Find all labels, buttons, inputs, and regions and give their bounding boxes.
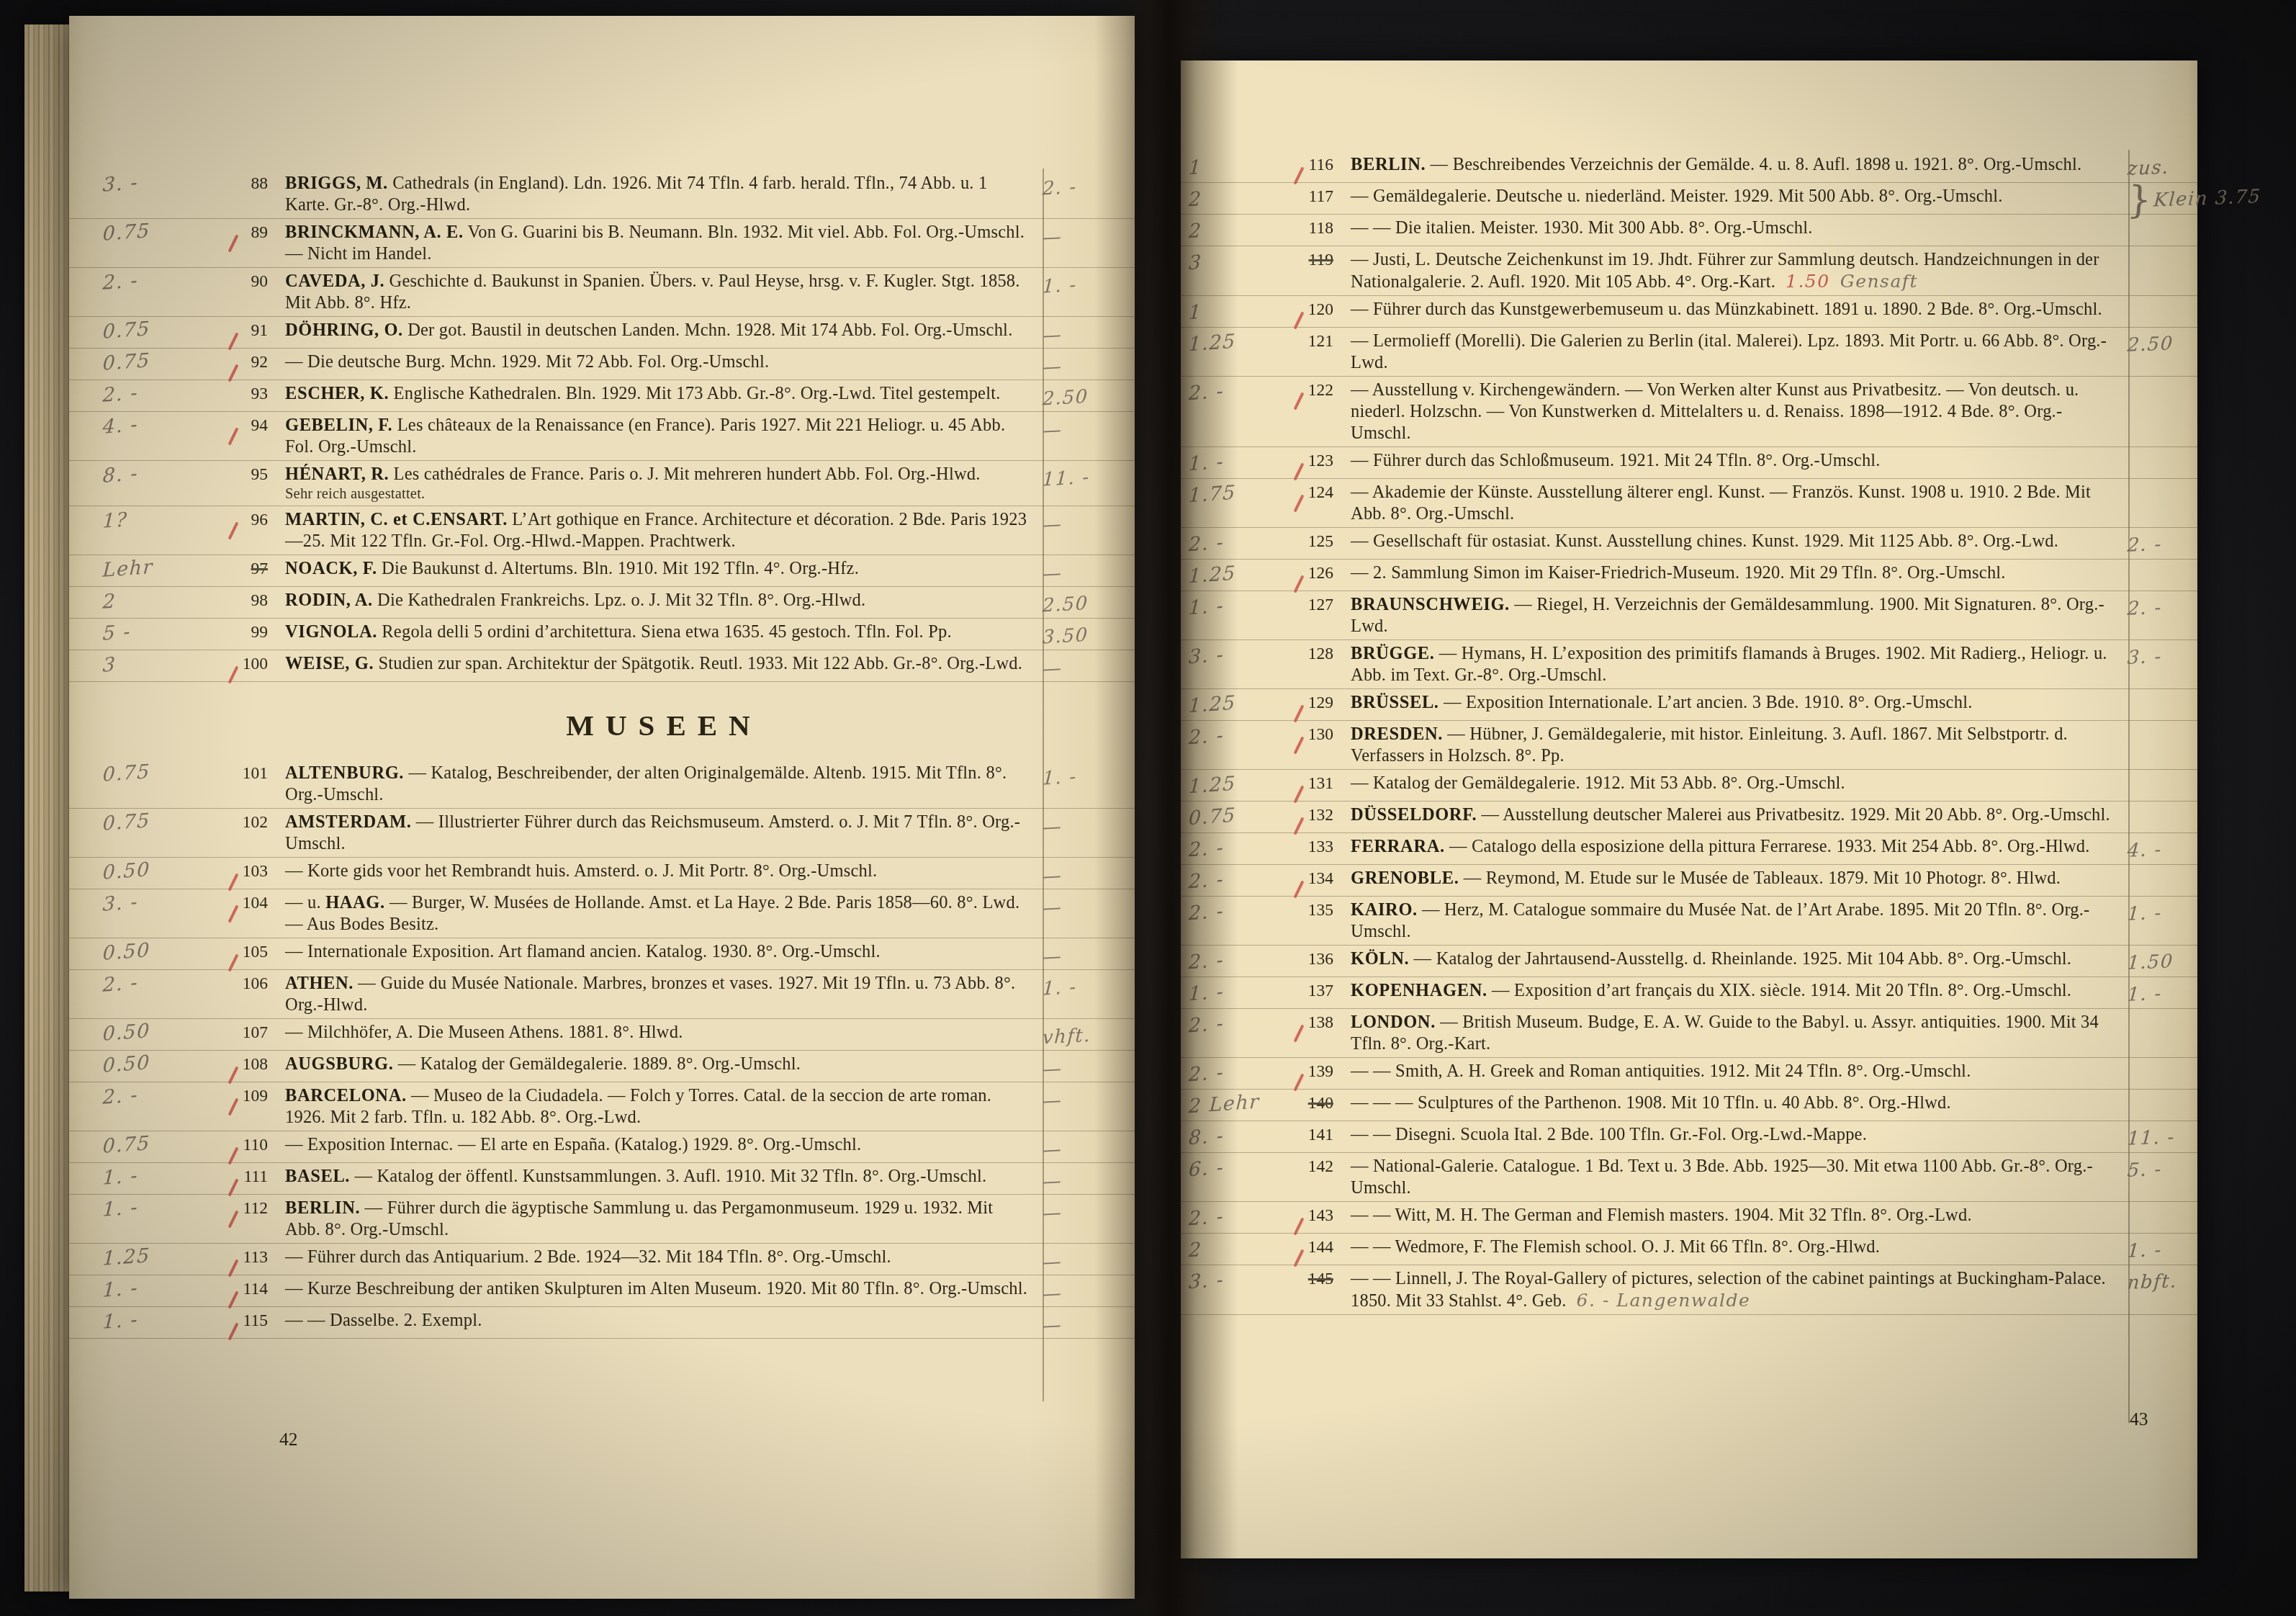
catalog-entry: 3. -104— u. HAAG. — Burger, W. Musées de…	[69, 889, 1135, 938]
entry-number: 99	[210, 621, 278, 642]
entry-number-text: 128	[1308, 645, 1333, 663]
right-page: 1116BERLIN. — Beschreibendes Verzeichnis…	[1181, 60, 2197, 1558]
entry-text: — — Disegni. Scuola Ital. 2 Bde. 100 Tfl…	[1343, 1124, 2128, 1146]
entry-text: — — Dasselbe. 2. Exempl.	[278, 1310, 1043, 1332]
entry-body: Smith, A. H. Greek and Roman antiquities…	[1395, 1061, 1971, 1081]
entry-number-text: 120	[1308, 300, 1333, 319]
entry-number: 142	[1276, 1156, 1343, 1177]
entry-number-text: 93	[251, 385, 269, 403]
catalog-entry: 1. -115— — Dasselbe. 2. Exempl.—	[69, 1307, 1135, 1339]
price-value: 2. -	[2127, 534, 2163, 557]
entry-body: Cathedrals (in England). Ldn. 1926. Mit …	[285, 174, 987, 215]
entry-number: 114	[210, 1278, 278, 1299]
entry-body: — Exposition d’art français du XIX. sièc…	[1487, 981, 2071, 1000]
entry-number: 94	[210, 415, 278, 436]
catalog-entry: 2. -139— — Smith, A. H. Greek and Roman …	[1181, 1058, 2197, 1090]
price-value: —	[1042, 356, 1063, 379]
margin-price-handwritten: 3	[1179, 243, 1276, 275]
entry-body: Die Kathedralen Frankreichs. Lpz. o. J. …	[373, 591, 866, 610]
entry-body: Studien zur span. Architektur der Spätgo…	[374, 654, 1022, 673]
price-value: vhft.	[1042, 1025, 1091, 1049]
margin-price-handwritten: 2. -	[1179, 524, 1276, 557]
inner-price-handwritten: 1. -	[1042, 269, 1135, 298]
right-price-handwritten: }Klein 3.75	[2127, 184, 2198, 212]
entry-body: Führer durch das Kunstgewerbemuseum u. d…	[1373, 300, 2102, 319]
entry-number: 107	[210, 1022, 278, 1043]
entry-text: — — Wedmore, F. The Flemish school. O. J…	[1343, 1236, 2128, 1258]
entry-text: ATHEN. — Guide du Musée Nationale. Marbr…	[278, 973, 1043, 1016]
entry-text: BRIGGS, M. Cathedrals (in England). Ldn.…	[278, 173, 1043, 216]
entry-dash-prefix: —	[285, 1135, 307, 1154]
entry-dash-prefix: — —	[285, 1311, 330, 1330]
red-tick-icon	[1294, 704, 1305, 722]
price-value: 1. -	[2127, 1239, 2163, 1262]
price-value: 2. -	[1042, 176, 1077, 200]
catalog-entry: 1. -123— Führer durch das Schloßmuseum. …	[1181, 447, 2197, 479]
red-tick-icon	[228, 1259, 239, 1277]
entry-number-text: 96	[251, 511, 269, 529]
handwritten-note-inline: 6. - Langenwalde	[1577, 1290, 1751, 1311]
inner-price-handwritten: 2.50	[1042, 588, 1135, 617]
catalog-entry: 4. -94GEBELIN, F. Les châteaux de la Ren…	[69, 412, 1135, 461]
entry-lead: WEISE, G.	[285, 654, 374, 673]
inner-price-handwritten: 2. -	[1042, 171, 1135, 200]
entry-dash-prefix: —	[1351, 331, 1373, 351]
entry-number: 109	[210, 1085, 278, 1106]
page-number-right: 43	[2130, 1409, 2148, 1430]
right-price-handwritten	[2128, 1010, 2197, 1015]
entry-number-text: 140	[1308, 1094, 1333, 1113]
entry-text: BASEL. — Katalog der öffentl. Kunstsamml…	[278, 1166, 1043, 1188]
entry-number: 89	[210, 222, 278, 243]
margin-price-handwritten: 1.25	[1179, 686, 1276, 718]
entry-body: Akademie der Künste. Ausstellung älterer…	[1351, 482, 2091, 524]
entry-number: 111	[210, 1166, 278, 1187]
entry-number: 128	[1276, 643, 1343, 664]
catalog-entry: 1116BERLIN. — Beschreibendes Verzeichnis…	[1181, 151, 2197, 183]
entry-lead: AMSTERDAM.	[285, 812, 411, 832]
catalog-entry: 2. -143— — Witt, M. H. The German and Fl…	[1181, 1202, 2197, 1234]
catalog-entry: 0.50107— Milchhöfer, A. Die Museen Athen…	[69, 1019, 1135, 1051]
entry-number: 102	[210, 812, 278, 832]
catalog-entry: 0.50108AUGSBURG. — Katalog der Gemäldega…	[69, 1051, 1135, 1082]
entry-body: National-Galerie. Catalogue. 1 Bd. Text …	[1351, 1157, 2093, 1198]
entry-dash-prefix: —	[285, 861, 307, 881]
entry-number: 108	[210, 1054, 278, 1074]
red-tick-icon	[1294, 736, 1305, 754]
entry-body: — Hymans, H. L’exposition des primitifs …	[1351, 644, 2107, 685]
inner-price-handwritten: —	[1042, 1195, 1135, 1225]
entry-dash-prefix: —	[285, 1023, 307, 1042]
entry-body: Disegni. Scuola Ital. 2 Bde. 100 Tfln. G…	[1395, 1125, 1867, 1144]
right-price-handwritten: 1. -	[2127, 1235, 2198, 1262]
entry-number-text: 131	[1308, 774, 1333, 793]
entry-number-text: 123	[1308, 452, 1333, 470]
entry-lead: CAVEDA, J.	[285, 271, 384, 291]
entry-number: 106	[210, 973, 278, 994]
entry-number: 115	[210, 1310, 278, 1331]
entry-number: 143	[1276, 1205, 1343, 1226]
catalog-entry: 298RODIN, A. Die Kathedralen Frankreichs…	[69, 587, 1135, 619]
entry-number: 96	[210, 509, 278, 530]
entry-text: — — — Sculptures of the Parthenon. 1908.…	[1343, 1092, 2128, 1114]
inner-price-handwritten: —	[1042, 939, 1135, 969]
right-price-handwritten	[2128, 480, 2197, 485]
inner-price-handwritten: —	[1042, 651, 1135, 681]
entry-number: 131	[1276, 773, 1343, 794]
right-price-handwritten: 3. -	[2127, 642, 2198, 668]
entry-body: Die italien. Meister. 1930. Mit 300 Abb.…	[1395, 218, 1812, 238]
entry-body: Katalog der Gemäldegalerie. 1912. Mit 53…	[1373, 773, 1845, 793]
red-tick-icon	[1294, 462, 1305, 480]
entry-number-text: 142	[1308, 1157, 1333, 1176]
brace-mark: }	[2126, 178, 2154, 222]
inner-price-handwritten: 11. -	[1042, 462, 1135, 491]
catalog-entry: 1?96MARTIN, C. et C.ENSART. L’Art gothiq…	[69, 506, 1135, 555]
entry-text: LONDON. — British Museum. Budge, E. A. W…	[1343, 1012, 2128, 1055]
entry-text: — Gemäldegalerie. Deutsche u. niederländ…	[1343, 186, 2128, 207]
margin-price-handwritten: 3. -	[1179, 1262, 1276, 1294]
margin-price-handwritten: 1.25	[1179, 556, 1276, 588]
price-value: —	[1042, 513, 1063, 537]
entry-body: — Beschreibendes Verzeichnis der Gemälde…	[1426, 155, 2081, 174]
entry-text: — Führer durch das Schloßmuseum. 1921. M…	[1343, 450, 2128, 472]
catalog-entry: 2118— — Die italien. Meister. 1930. Mit …	[1181, 215, 2197, 246]
margin-price-handwritten: 2	[1179, 179, 1276, 212]
entry-number-text: 94	[251, 416, 269, 435]
right-price-handwritten: 1. -	[2127, 979, 2198, 1005]
entry-number-text: 106	[243, 974, 268, 993]
entry-text: — Akademie der Künste. Ausstellung älter…	[1343, 482, 2128, 525]
entry-dash-prefix: —	[285, 1279, 307, 1298]
red-tick-icon	[1294, 166, 1305, 184]
entry-number-text: 105	[243, 943, 268, 961]
right-price-handwritten	[2128, 449, 2197, 454]
entry-body: Gemäldegalerie. Deutsche u. niederländ. …	[1373, 187, 2003, 206]
catalog-entry: 2. -135KAIRO. — Herz, M. Catalogue somma…	[1181, 897, 2197, 946]
entry-number-text: 114	[243, 1280, 268, 1298]
catalog-entry: 0.50103— Korte gids voor het Rembrandt h…	[69, 858, 1135, 889]
inner-price-handwritten: —	[1042, 1051, 1135, 1081]
entry-text: — Justi, L. Deutsche Zeichenkunst im 19.…	[1343, 249, 2128, 293]
catalog-entry: 2. -90CAVEDA, J. Geschichte d. Baukunst …	[69, 268, 1135, 317]
entry-number-text: 104	[243, 894, 268, 912]
entry-body: — British Museum. Budge, E. A. W. Guide …	[1351, 1013, 2099, 1054]
entry-text: DÜSSELDORF. — Ausstellung deutscher Male…	[1343, 804, 2128, 826]
price-value: 2.50	[1042, 386, 1089, 410]
entry-body: — Katalog der Gemäldegalerie. 1889. 8°. …	[393, 1054, 801, 1074]
entry-lead: DRESDEN.	[1351, 724, 1443, 744]
entry-number: 113	[210, 1247, 278, 1267]
entry-text: — Gesellschaft für ostasiat. Kunst. Auss…	[1343, 531, 2128, 552]
inner-price-handwritten: —	[1042, 1276, 1135, 1306]
entry-number: 116	[1276, 154, 1343, 175]
margin-price-handwritten: 2. -	[1179, 830, 1276, 862]
entry-number-text: 109	[243, 1087, 268, 1105]
entry-body: — Ausstellung deutscher Malerei aus Priv…	[1477, 805, 2110, 825]
entry-number: 126	[1276, 562, 1343, 583]
inner-price-handwritten: —	[1042, 1308, 1135, 1337]
red-tick-icon	[228, 953, 239, 971]
entry-number: 123	[1276, 450, 1343, 471]
entry-text: — Die deutsche Burg. Mchn. 1929. Mit 72 …	[278, 351, 1043, 373]
inner-price-handwritten: —	[1042, 349, 1135, 379]
catalog-entry: 1.25126— 2. Sammlung Simon im Kaiser-Fri…	[1181, 560, 2197, 591]
catalog-entry: 2 Lehr140— — — Sculptures of the Parthen…	[1181, 1090, 2197, 1121]
entry-body: Die deutsche Burg. Mchn. 1929. Mit 72 Ab…	[307, 352, 769, 372]
catalog-entry: 1. -137KOPENHAGEN. — Exposition d’art fr…	[1181, 977, 2197, 1009]
entry-number-text: 118	[1309, 219, 1333, 238]
catalog-entry: 2. -133FERRARA. — Catalogo della esposiz…	[1181, 833, 2197, 865]
entry-text: VIGNOLA. Regola delli 5 ordini d’archite…	[278, 621, 1043, 643]
entry-dash-prefix: — —	[1351, 1061, 1395, 1081]
entry-body: Die Baukunst d. Altertums. Bln. 1910. Mi…	[377, 559, 859, 578]
entry-text: HÉNART, R. Les cathédrales de France. Pa…	[278, 464, 1043, 503]
entry-body: Witt, M. H. The German and Flemish maste…	[1395, 1206, 1972, 1225]
margin-price-handwritten: 2 Lehr	[1179, 1086, 1276, 1118]
handwritten-price-inline: 1.50	[1786, 271, 1830, 292]
entry-body: Lermolieff (Morelli). Die Galerien zu Be…	[1351, 331, 2107, 372]
entry-number-text: 132	[1308, 806, 1333, 825]
entry-body: Der got. Baustil in deutschen Landen. Mc…	[403, 320, 1013, 340]
entry-body: Exposition Internac. — El arte en España…	[307, 1135, 861, 1154]
right-price-handwritten: 1.50	[2127, 947, 2198, 974]
entry-lead: BRÜSSEL.	[1351, 693, 1439, 712]
entry-lead: NOACK, F.	[285, 559, 377, 578]
margin-price-handwritten: 2. -	[1179, 1005, 1276, 1038]
catalog-entry: 1.25113— Führer durch das Antiquarium. 2…	[69, 1244, 1135, 1275]
entry-number-text: 126	[1308, 564, 1333, 583]
entry-number-text: 98	[251, 591, 269, 610]
entry-number-text: 99	[251, 623, 269, 642]
price-value: zus.	[2127, 157, 2170, 180]
right-price-handwritten: 2. -	[2127, 529, 2198, 556]
entry-body: Justi, L. Deutsche Zeichenkunst im 19. J…	[1351, 250, 2099, 292]
entry-lead: KAIRO.	[1351, 900, 1418, 920]
inner-price-handwritten: —	[1042, 413, 1135, 442]
entry-body: Internationale Exposition. Art flamand a…	[307, 942, 881, 961]
entry-body: Dasselbe. 2. Exempl.	[330, 1311, 482, 1330]
entry-dash-prefix: — — —	[1351, 1093, 1418, 1113]
catalog-entry: 0.75101ALTENBURG. — Katalog, Beschreiben…	[69, 760, 1135, 809]
price-value: 3. -	[2127, 646, 2163, 669]
entry-text: NOACK, F. Die Baukunst d. Altertums. Bln…	[278, 558, 1043, 580]
catalog-entry: 3. -128BRÜGGE. — Hymans, H. L’exposition…	[1181, 640, 2197, 689]
entry-number-text: 137	[1308, 982, 1333, 1000]
entry-number-text: 135	[1308, 901, 1333, 920]
entry-lead: DÖHRING, O.	[285, 320, 403, 340]
catalog-entry: 2. -109BARCELONA. — Museo de la Ciudadel…	[69, 1082, 1135, 1131]
margin-price-handwritten: 1.25	[1179, 766, 1276, 799]
catalog-entry: 2144— — Wedmore, F. The Flemish school. …	[1181, 1234, 2197, 1265]
entry-text: KOPENHAGEN. — Exposition d’art français …	[1343, 980, 2128, 1002]
entry-text: DÖHRING, O. Der got. Baustil in deutsche…	[278, 320, 1043, 341]
entry-lead: BARCELONA.	[285, 1086, 407, 1105]
entry-body: Führer durch das Schloßmuseum. 1921. Mit…	[1373, 451, 1881, 470]
entry-lead: VIGNOLA.	[285, 622, 377, 642]
entry-number-text: 127	[1308, 596, 1333, 614]
entry-number: 97	[210, 558, 278, 579]
entry-number-text: 110	[243, 1136, 268, 1154]
red-tick-icon	[228, 1178, 239, 1196]
catalog-entry: 1. -127BRAUNSCHWEIG. — Riegel, H. Verzei…	[1181, 591, 2197, 640]
inner-price-handwritten: —	[1042, 220, 1135, 249]
price-value: —	[1042, 1314, 1063, 1337]
entry-lead: BRAUNSCHWEIG.	[1351, 595, 1510, 614]
entry-text: — — Die italien. Meister. 1930. Mit 300 …	[1343, 217, 2128, 239]
entry-dash-prefix: — —	[1351, 1237, 1395, 1257]
page-stack-edges	[24, 24, 69, 1592]
entry-text: — Kurze Beschreibung der antiken Skulptu…	[278, 1278, 1043, 1300]
catalog-entry: 3. -145— — Linnell, J. The Royal-Gallery…	[1181, 1265, 2197, 1315]
entry-number: 127	[1276, 594, 1343, 615]
margin-price-handwritten: 2. -	[1179, 861, 1276, 894]
red-tick-icon	[228, 234, 239, 252]
margin-price-handwritten: 1	[1179, 292, 1276, 325]
price-value: 2. -	[2127, 597, 2163, 620]
entry-text: AMSTERDAM. — Illustrierter Führer durch …	[278, 812, 1043, 855]
entry-body: Korte gids voor het Rembrandt huis. Amst…	[307, 861, 877, 881]
entry-body: — Herz, M. Catalogue sommaire du Musée N…	[1351, 900, 2089, 941]
entry-number: 93	[210, 383, 278, 404]
entry-body: Geschichte d. Baukunst in Spanien. Übers…	[285, 271, 1020, 313]
entry-number: 98	[210, 590, 278, 611]
entry-number-text: 115	[243, 1311, 268, 1330]
entry-text: KAIRO. — Herz, M. Catalogue sommaire du …	[1343, 899, 2128, 943]
entry-number: 103	[210, 861, 278, 881]
entry-number: 133	[1276, 836, 1343, 857]
catalog-entry: 2. -130DRESDEN. — Hübner, J. Gemäldegale…	[1181, 721, 2197, 770]
entry-dash-prefix: — —	[1351, 1206, 1395, 1225]
entry-text: GRENOBLE. — Reymond, M. Etude sur le Mus…	[1343, 868, 2128, 889]
entry-body: Englische Kathedralen. Bln. 1929. Mit 17…	[389, 384, 1000, 403]
entry-text: — Lermolieff (Morelli). Die Galerien zu …	[1343, 331, 2128, 374]
entry-number-text: 130	[1308, 725, 1333, 744]
entry-number-text: 122	[1308, 381, 1333, 400]
price-value: 1.50	[2127, 951, 2174, 974]
catalog-entry: 0.75110— Exposition Internac. — El arte …	[69, 1131, 1135, 1163]
inner-price-handwritten: —	[1042, 1083, 1135, 1113]
entry-number-text: 143	[1308, 1206, 1333, 1225]
price-value: 1. -	[1042, 274, 1077, 298]
entry-number-text: 136	[1308, 950, 1333, 969]
inner-price-handwritten: 1. -	[1042, 760, 1135, 790]
entry-text: BERLIN. — Führer durch die ägyptische Sa…	[278, 1198, 1043, 1241]
price-value: —	[1042, 1251, 1063, 1274]
inner-price-handwritten: 2.50	[1042, 381, 1135, 410]
price-value: 1. -	[1042, 977, 1077, 1000]
entry-number-text: 88	[251, 174, 269, 193]
margin-price-handwritten: 6. -	[1179, 1149, 1276, 1182]
entry-dash-prefix: —	[1351, 187, 1373, 206]
entry-lead: KÖLN.	[1351, 949, 1409, 969]
catalog-entry: 0.7591DÖHRING, O. Der got. Baustil in de…	[69, 317, 1135, 349]
right-price-handwritten	[2128, 561, 2197, 566]
catalog-entry: 0.50105— Internationale Exposition. Art …	[69, 938, 1135, 970]
entry-number: 129	[1276, 692, 1343, 713]
entry-number: 112	[210, 1198, 278, 1218]
entry-dash-prefix: —	[285, 352, 307, 372]
entry-lead: GEBELIN, F.	[285, 416, 392, 435]
red-tick-icon	[228, 1210, 239, 1228]
entry-body: Regola delli 5 ordini d’architettura. Si…	[377, 622, 952, 642]
entry-dash-prefix: —	[1351, 380, 1372, 400]
entry-number: 122	[1276, 380, 1343, 400]
right-price-handwritten	[2128, 691, 2197, 696]
red-tick-icon	[1294, 392, 1305, 410]
handwritten-note-inline: Gensaft	[1840, 271, 1918, 292]
margin-price-handwritten: 2. -	[1179, 373, 1276, 405]
entry-number-text: 116	[1309, 156, 1333, 174]
inner-price-handwritten: vhft.	[1042, 1020, 1135, 1049]
entry-number: 139	[1276, 1061, 1343, 1082]
red-tick-icon	[228, 1322, 239, 1340]
entry-dash-prefix: —	[1351, 563, 1373, 583]
entry-number: 144	[1276, 1236, 1343, 1257]
entry-number-text: 139	[1308, 1062, 1333, 1081]
catalog-entry: 1.25129BRÜSSEL. — Exposition Internation…	[1181, 689, 2197, 721]
entry-body: Gesellschaft für ostasiat. Kunst. Ausste…	[1373, 531, 2058, 551]
margin-price-handwritten: 8. -	[1179, 1118, 1276, 1150]
inner-price-handwritten: —	[1042, 507, 1135, 537]
entry-text: BERLIN. — Beschreibendes Verzeichnis der…	[1343, 154, 2128, 176]
entry-lead: MARTIN, C. et C.ENSART.	[285, 510, 508, 529]
right-page-entries: 1116BERLIN. — Beschreibendes Verzeichnis…	[1181, 151, 2197, 1315]
catalog-entry: Lehr97NOACK, F. Die Baukunst d. Altertum…	[69, 555, 1135, 587]
catalog-entry: 2. -106ATHEN. — Guide du Musée Nationale…	[69, 970, 1135, 1019]
red-tick-icon	[228, 521, 239, 539]
entry-number: 141	[1276, 1124, 1343, 1145]
red-tick-icon	[228, 873, 239, 891]
red-tick-icon	[228, 665, 239, 683]
entry-number: 119	[1276, 249, 1343, 270]
catalog-entry: 3119— Justi, L. Deutsche Zeichenkunst im…	[1181, 246, 2197, 296]
left-page: 3. -88BRIGGS, M. Cathedrals (in England)…	[69, 16, 1135, 1599]
inner-price-handwritten: —	[1042, 809, 1135, 839]
entry-lead: RODIN, A.	[285, 591, 373, 610]
entry-body: — Guide du Musée Nationale. Marbres, bro…	[285, 974, 1015, 1015]
price-value: —	[1042, 1170, 1063, 1193]
entry-text: — Korte gids voor het Rembrandt huis. Am…	[278, 861, 1043, 882]
catalog-entry: 2. -136KÖLN. — Katalog der Jahrtausend-A…	[1181, 946, 2197, 977]
price-value: nbft.	[2127, 1270, 2178, 1294]
entry-text: GEBELIN, F. Les châteaux de la Renaissan…	[278, 415, 1043, 458]
margin-price-handwritten: 1.25	[1179, 324, 1276, 356]
inner-price-handwritten: —	[1042, 890, 1135, 920]
margin-price-handwritten: 1. -	[1179, 974, 1276, 1006]
red-tick-icon	[1294, 311, 1305, 329]
right-price-handwritten: zus.	[2127, 153, 2198, 179]
right-price-handwritten	[2128, 722, 2197, 727]
catalog-entry: 2. -122— Ausstellung v. Kirchengewändern…	[1181, 377, 2197, 447]
inner-price-handwritten: —	[1042, 858, 1135, 888]
entry-number-text: 89	[251, 223, 269, 242]
entry-number: 92	[210, 351, 278, 372]
red-tick-icon	[1294, 1249, 1305, 1267]
right-price-handwritten	[2128, 1203, 2197, 1208]
red-tick-icon	[1294, 575, 1305, 593]
entry-number-text: 97	[251, 560, 269, 578]
entry-dash-prefix: —	[1351, 451, 1373, 470]
catalog-entry: 0.7589BRINCKMANN, A. E. Von G. Guarini b…	[69, 219, 1135, 268]
entry-number-text: 112	[243, 1199, 268, 1218]
inner-price-handwritten: —	[1042, 1244, 1135, 1274]
entry-number-text: 145	[1308, 1270, 1333, 1288]
entry-number-text: 141	[1308, 1126, 1333, 1144]
entry-number-text: 90	[251, 272, 269, 291]
right-price-handwritten: 2.50	[2127, 329, 2198, 356]
entry-number: 145	[1276, 1268, 1343, 1289]
